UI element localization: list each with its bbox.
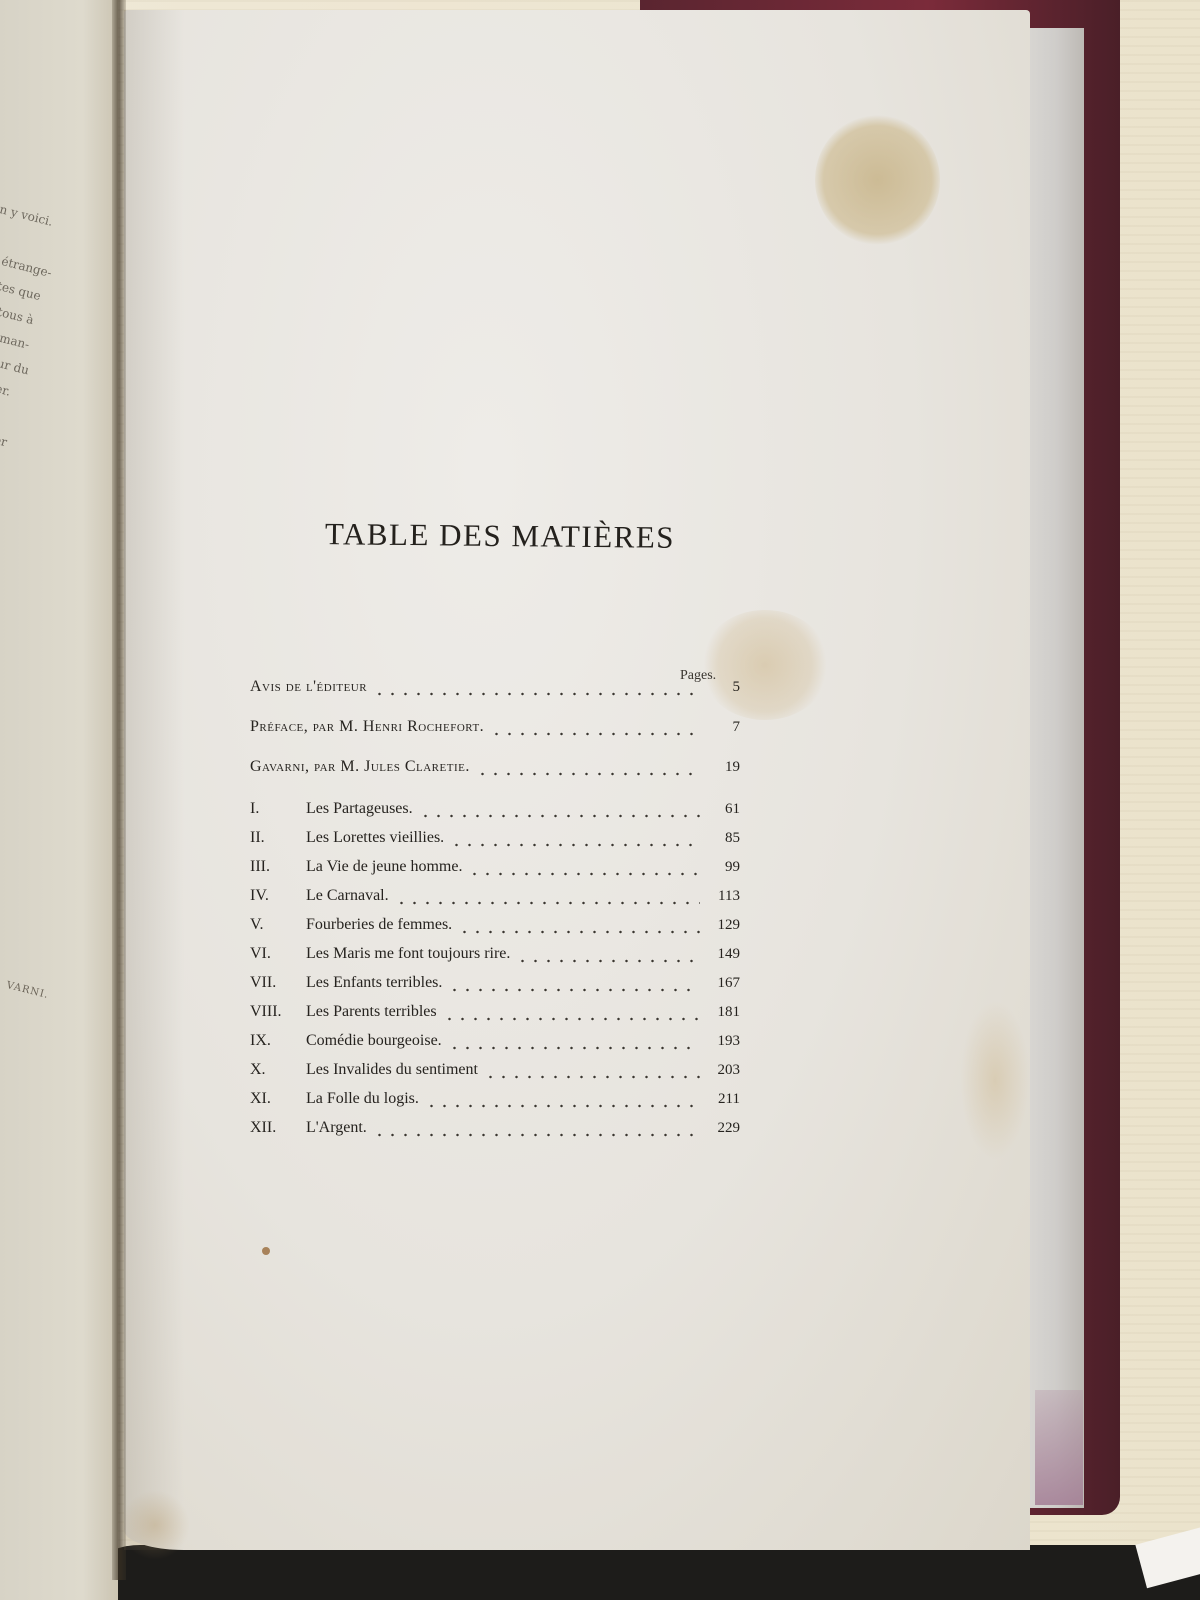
dot-leader [468,872,700,876]
chapter-page: 229 [706,1120,740,1137]
toc-chapter: I. Les Partageuses. 61 [250,800,740,824]
chapter-title: Les Lorettes vieillies. [306,829,444,847]
chapter-title: Les Parents terribles [306,1003,437,1021]
chapter-title: Comédie bourgeoise. [306,1032,442,1050]
endpaper-strip [1028,28,1084,1508]
chapter-page: 61 [706,801,740,818]
chapter-number: III. [250,858,306,876]
chapter-page: 99 [706,859,740,876]
chapter-number: I. [250,800,306,818]
dot-leader [476,772,700,776]
chapter-title: Les Maris me font toujours rire. [306,945,510,963]
dot-leader [450,843,700,847]
dot-leader [448,1046,700,1050]
dot-leader [373,1133,700,1137]
dot-leader [490,732,700,736]
toc-entry: Préface, par M. Henri Rochefort. 7 [250,718,740,742]
chapter-page: 167 [706,975,740,992]
left-page-signature: VARNI. [5,980,50,1001]
chapter-page: 129 [706,917,740,934]
chapter-title: La Vie de jeune homme. [306,858,462,876]
entry-label: Préface, par M. Henri Rochefort. [250,718,484,736]
dot-leader [425,1104,700,1108]
chapter-number: VI. [250,945,306,963]
toc-entry: Avis de l'éditeur 5 [250,678,740,702]
chapter-title: Les Invalides du sentiment [306,1061,478,1079]
toc-chapter: VII. Les Enfants terribles. 167 [250,974,740,998]
entry-page: 19 [706,759,740,776]
chapter-title: La Folle du logis. [306,1090,419,1108]
book-gutter [112,0,126,1580]
dot-leader [395,901,700,905]
chapter-number: XI. [250,1090,306,1108]
entry-label: Gavarni, par M. Jules Claretie. [250,758,470,776]
dot-leader [443,1017,700,1021]
toc-chapter: II. Les Lorettes vieillies. 85 [250,829,740,853]
chapter-page: 181 [706,1004,740,1021]
chapter-number: II. [250,829,306,847]
toc-title: TABLE DES MATIÈRES [300,516,700,556]
toc-chapter: IX. Comédie bourgeoise. 193 [250,1032,740,1056]
book-shadow [100,1545,1200,1600]
toc-chapter: IV. Le Carnaval. 113 [250,887,740,911]
toc-chapter: VIII. Les Parents terribles 181 [250,1003,740,1027]
chapter-page: 193 [706,1033,740,1050]
dot-leader [458,930,700,934]
entry-label: Avis de l'éditeur [250,678,367,696]
dot-leader [484,1075,700,1079]
toc-chapter: XI. La Folle du logis. 211 [250,1090,740,1114]
chapter-page: 203 [706,1062,740,1079]
chapter-number: X. [250,1061,306,1079]
chapter-title: Les Enfants terribles. [306,974,442,992]
chapter-title: Le Carnaval. [306,887,389,905]
chapter-title: Les Partageuses. [306,800,413,818]
toc-chapter: III. La Vie de jeune homme. 99 [250,858,740,882]
left-page-text: on y voici. ns, étrange- petites que ser… [0,195,54,743]
endpaper-stain [1035,1390,1083,1505]
chapter-title: L'Argent. [306,1119,367,1137]
toc-chapter: V. Fourberies de femmes. 129 [250,916,740,940]
chapter-page: 149 [706,946,740,963]
dot-leader [373,692,700,696]
entry-page: 7 [706,719,740,736]
chapter-number: V. [250,916,306,934]
chapter-page: 113 [706,888,740,905]
toc-chapter: X. Les Invalides du sentiment 203 [250,1061,740,1085]
chapter-title: Fourberies de femmes. [306,916,452,934]
chapter-number: IX. [250,1032,306,1050]
entry-page: 5 [706,679,740,696]
toc-chapter: XII. L'Argent. 229 [250,1119,740,1143]
toc-entry: Gavarni, par M. Jules Claretie. 19 [250,758,740,782]
dot-leader [516,959,700,963]
toc-chapter: VI. Les Maris me font toujours rire. 149 [250,945,740,969]
dot-leader [448,988,700,992]
chapter-number: XII. [250,1119,306,1137]
chapter-page: 211 [706,1091,740,1108]
chapter-number: VIII. [250,1003,306,1021]
water-stain [120,1490,190,1560]
page-gutter-shade [124,10,184,1550]
water-stain [815,115,940,245]
water-stain [700,610,830,720]
chapter-number: VII. [250,974,306,992]
dot-leader [419,814,700,818]
chapter-page: 85 [706,830,740,847]
foxing-spot [262,1247,270,1255]
water-stain [960,1000,1030,1160]
chapter-number: IV. [250,887,306,905]
left-page: on y voici. ns, étrange- petites que ser… [0,0,118,1600]
